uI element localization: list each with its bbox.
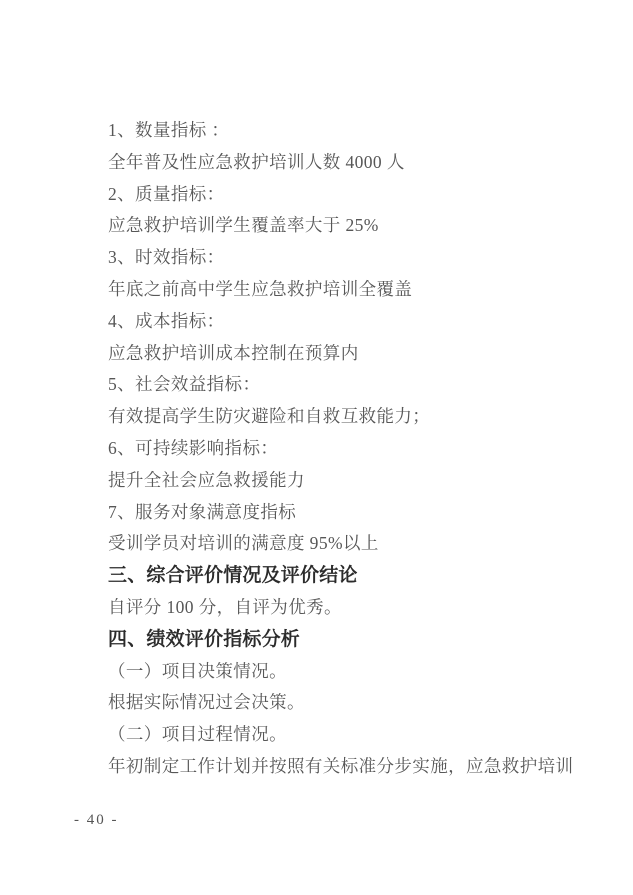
page-number: - 40 -	[74, 812, 119, 829]
doc-line: 全年普及性应急救护培训人数 4000 人	[108, 147, 578, 179]
doc-line: 根据实际情况过会决策。	[108, 687, 578, 719]
doc-line: 7、服务对象满意度指标	[108, 497, 578, 529]
document-text-block: 1、数量指标 ： 全年普及性应急救护培训人数 4000 人 2、质量指标： 应急…	[108, 115, 578, 783]
doc-line: （一）项目决策情况。	[108, 656, 578, 688]
doc-line: 6、可持续影响指标：	[108, 433, 578, 465]
doc-line: 有效提高学生防灾避险和自救互救能力；	[108, 401, 578, 433]
doc-line: 4、成本指标：	[108, 306, 578, 338]
document-page: 1、数量指标 ： 全年普及性应急救护培训人数 4000 人 2、质量指标： 应急…	[0, 0, 633, 895]
doc-line: 提升全社会应急救援能力	[108, 465, 578, 497]
doc-line: 受训学员对培训的满意度 95%以上	[108, 528, 578, 560]
doc-line: 1、数量指标 ：	[108, 115, 578, 147]
doc-line: 应急救护培训学生覆盖率大于 25%	[108, 210, 578, 242]
doc-line: 5、社会效益指标：	[108, 369, 578, 401]
section-heading-4: 四、绩效评价指标分析	[108, 624, 578, 656]
doc-line: （二）项目过程情况。	[108, 719, 578, 751]
doc-line: 年底之前高中学生应急救护培训全覆盖	[108, 274, 578, 306]
doc-line: 应急救护培训成本控制在预算内	[108, 338, 578, 370]
section-heading-3: 三、综合评价情况及评价结论	[108, 560, 578, 592]
doc-line: 3、时效指标：	[108, 242, 578, 274]
doc-line: 年初制定工作计划并按照有关标准分步实施，应急救护培训	[108, 751, 578, 783]
doc-line: 2、质量指标：	[108, 179, 578, 211]
doc-line: 自评分 100 分，自评为优秀。	[108, 592, 578, 624]
